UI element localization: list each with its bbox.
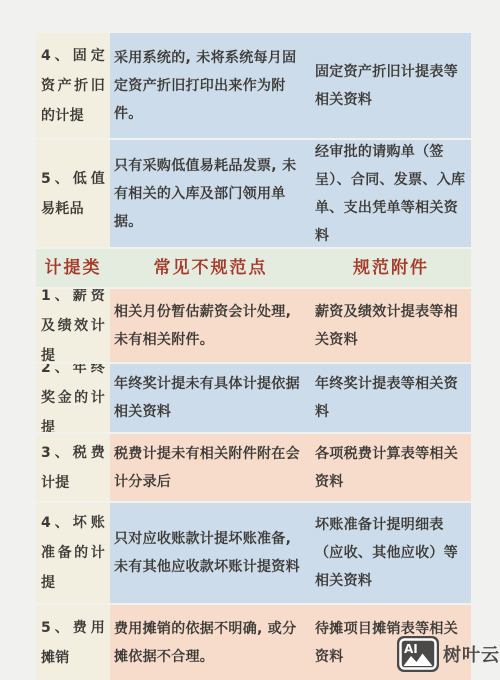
watermark: AI 树叶云 xyxy=(397,636,500,672)
issue-cell: 采用系统的, 未将系统每月固定资产折旧打印出来作为附件。 xyxy=(110,33,311,138)
ai-image-icon: AI xyxy=(397,636,439,672)
category-cell: 3、税费计提 xyxy=(36,434,110,501)
table-row: 3、税费计提 税费计提未有相关附件附在会计分录后 各项税费计算表等相关资料 xyxy=(36,432,471,501)
header-attachments: 规范附件 xyxy=(311,249,471,287)
category-cell: 4、固定资产折旧的计提 xyxy=(36,33,110,138)
issue-cell: 费用摊销的依据不明确, 或分摊依据不合理。 xyxy=(110,605,311,680)
attachment-cell: 固定资产折旧计提表等相关资料 xyxy=(311,33,471,138)
category-cell: 2、年终奖金的计提 xyxy=(36,364,110,432)
issue-cell: 只有采购低值易耗品发票, 未有相关的入库及部门领用单据。 xyxy=(110,140,311,247)
table-header-row: 计提类 常见不规范点 规范附件 xyxy=(36,247,471,287)
category-cell: 4、坏账准备的计提 xyxy=(36,503,110,603)
attachment-cell: 坏账准备计提明细表（应收、其他应收）等相关资料 xyxy=(311,503,471,603)
category-cell: 5、低值易耗品 xyxy=(36,140,110,247)
issue-cell: 相关月份暂估薪资会计处理, 未有相关附件。 xyxy=(110,289,311,362)
ai-icon-label: AI xyxy=(404,642,418,656)
table-row: 1、薪资及绩效计提 相关月份暂估薪资会计处理, 未有相关附件。 薪资及绩效计提表… xyxy=(36,287,471,362)
watermark-brand: 树叶云 xyxy=(443,641,500,667)
attachment-cell: 各项税费计算表等相关资料 xyxy=(311,434,471,501)
header-category: 计提类 xyxy=(36,249,110,287)
header-issues: 常见不规范点 xyxy=(110,249,311,287)
attachment-cell: 经审批的请购单（签呈）、合同、发票、入库单、支出凭单等相关资料 xyxy=(311,140,471,247)
attachment-cell: 薪资及绩效计提表等相关资料 xyxy=(311,289,471,362)
table-row: 2、年终奖金的计提 年终奖计提未有具体计提依据相关资料 年终奖计提表等相关资料 xyxy=(36,362,471,432)
category-cell: 5、费用摊销 xyxy=(36,605,110,680)
attachment-cell: 年终奖计提表等相关资料 xyxy=(311,364,471,432)
accrual-irregularities-table: 4、固定资产折旧的计提 采用系统的, 未将系统每月固定资产折旧打印出来作为附件。… xyxy=(36,33,471,680)
table-row: 4、固定资产折旧的计提 采用系统的, 未将系统每月固定资产折旧打印出来作为附件。… xyxy=(36,33,471,138)
issue-cell: 只对应收账款计提坏账准备, 未有其他应收款坏账计提资料 xyxy=(110,503,311,603)
table-row: 4、坏账准备的计提 只对应收账款计提坏账准备, 未有其他应收款坏账计提资料 坏账… xyxy=(36,501,471,603)
issue-cell: 税费计提未有相关附件附在会计分录后 xyxy=(110,434,311,501)
category-cell: 1、薪资及绩效计提 xyxy=(36,289,110,362)
issue-cell: 年终奖计提未有具体计提依据相关资料 xyxy=(110,364,311,432)
table-row: 5、低值易耗品 只有采购低值易耗品发票, 未有相关的入库及部门领用单据。 经审批… xyxy=(36,138,471,247)
